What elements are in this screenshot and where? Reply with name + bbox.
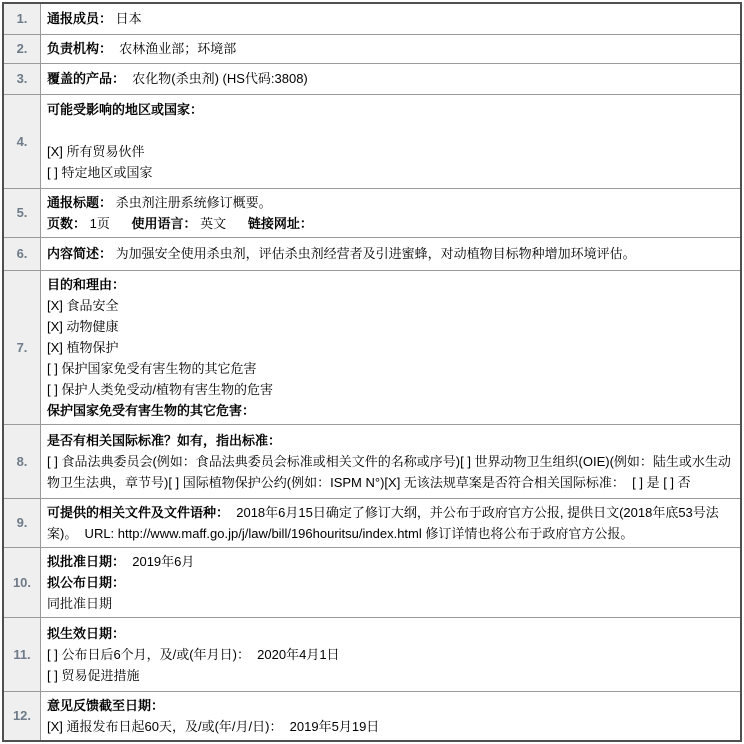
field-label: 保护国家免受有害生物的其它危害：: [47, 403, 255, 418]
field-label: 拟公布日期：: [47, 575, 125, 590]
checkbox-option: [ ] 保护国家免受有害生物的其它危害: [47, 358, 734, 379]
field-value: 2019年6月: [125, 554, 194, 569]
text-line: 是否有相关国际标准？如有，指出标准：: [47, 430, 734, 451]
row-number: 8.: [3, 424, 41, 498]
field-value: [X] 所有贸易伙伴: [47, 144, 145, 159]
field-value: 日本: [112, 11, 142, 26]
row-content: 内容简述： 为加强安全使用杀虫剂，评估杀虫剂经营者及引进蜜蜂，对动植物目标物种增…: [41, 237, 742, 270]
field-label: 通报标题：: [47, 195, 112, 210]
field-label: 内容简述：: [47, 246, 112, 261]
row-number: 10.: [3, 547, 41, 617]
checkbox-option: [ ] 特定地区或国家: [47, 162, 734, 183]
checkbox-option: [X] 通报发布日起60天，及/或(年/月/日)： 2019年5月19日: [47, 716, 734, 737]
field-value: 1页: [86, 216, 132, 231]
row-content: 拟生效日期：[ ] 公布日后6个月，及/或(年月日)： 2020年4月1日[ ]…: [41, 617, 742, 691]
field-label: 页数：: [47, 216, 86, 231]
table-row: 9.可提供的相关文件及文件语种： 2018年6月15日确定了修订大纲，并公布于政…: [3, 498, 741, 547]
text-line: 页数： 1页 使用语言： 英文 链接网址：: [47, 213, 734, 234]
table-row: 11.拟生效日期：[ ] 公布日后6个月，及/或(年月日)： 2020年4月1日…: [3, 617, 741, 691]
row-content: 可能受影响的地区或国家： [X] 所有贸易伙伴[ ] 特定地区或国家: [41, 94, 742, 188]
blank-line: [47, 120, 734, 141]
row-content: 意见反馈截至日期：[X] 通报发布日起60天，及/或(年/月/日)： 2019年…: [41, 691, 742, 741]
text-line: 拟生效日期：: [47, 623, 734, 644]
row-number: 5.: [3, 188, 41, 237]
text-line: 保护国家免受有害生物的其它危害：: [47, 400, 734, 421]
table-row: 4.可能受影响的地区或国家： [X] 所有贸易伙伴[ ] 特定地区或国家: [3, 94, 741, 188]
field-value: [X] 通报发布日起60天，及/或(年/月/日)： 2019年5月19日: [47, 719, 379, 734]
field-label: 可能受影响的地区或国家：: [47, 102, 203, 117]
checkbox-option: [ ] 公布日后6个月，及/或(年月日)： 2020年4月1日: [47, 644, 734, 665]
field-label: 目的和理由：: [47, 277, 125, 292]
checkbox-option: [ ] 贸易促进措施: [47, 665, 734, 686]
text-line: 目的和理由：: [47, 274, 734, 295]
text-line: 可提供的相关文件及文件语种： 2018年6月15日确定了修订大纲，并公布于政府官…: [47, 502, 734, 544]
text-line: 覆盖的产品： 农化物(杀虫剂) (HS代码:3808): [47, 68, 734, 89]
row-content: 负责机构： 农林渔业部；环境部: [41, 34, 742, 63]
text-line: 拟公布日期：: [47, 572, 734, 593]
field-value: [ ] 特定地区或国家: [47, 165, 152, 180]
row-number: 3.: [3, 63, 41, 94]
text-line: 拟批准日期： 2019年6月: [47, 551, 734, 572]
notification-table: 1.通报成员： 日本2.负责机构： 农林渔业部；环境部3.覆盖的产品： 农化物(…: [2, 2, 742, 742]
field-label: 拟生效日期：: [47, 626, 125, 641]
checkbox-option: [X] 食品安全: [47, 295, 734, 316]
row-content: 是否有相关国际标准？如有，指出标准：[ ] 食品法典委员会(例如：食品法典委员会…: [41, 424, 742, 498]
field-value: [ ] 保护国家免受有害生物的其它危害: [47, 361, 256, 376]
field-value: 杀虫剂注册系统修订概要。: [112, 195, 272, 210]
text-line: 内容简述： 为加强安全使用杀虫剂，评估杀虫剂经营者及引进蜜蜂，对动植物目标物种增…: [47, 243, 734, 264]
field-value: [X] 动物健康: [47, 319, 119, 334]
field-value: [ ] 公布日后6个月，及/或(年月日)： 2020年4月1日: [47, 647, 340, 662]
table-row: 12.意见反馈截至日期：[X] 通报发布日起60天，及/或(年/月/日)： 20…: [3, 691, 741, 741]
field-label: 通报成员：: [47, 11, 112, 26]
field-value: 英文: [197, 216, 248, 231]
table-row: 8.是否有相关国际标准？如有，指出标准：[ ] 食品法典委员会(例如：食品法典委…: [3, 424, 741, 498]
table-body: 1.通报成员： 日本2.负责机构： 农林渔业部；环境部3.覆盖的产品： 农化物(…: [3, 3, 741, 741]
row-content: 通报成员： 日本: [41, 3, 742, 34]
text-line: 同批准日期: [47, 593, 734, 614]
field-value: 农林渔业部；环境部: [112, 41, 236, 56]
field-label: 使用语言：: [132, 216, 197, 231]
field-value: 为加强安全使用杀虫剂，评估杀虫剂经营者及引进蜜蜂，对动植物目标物种增加环境评估。: [112, 246, 636, 261]
checkbox-option: [ ] 保护人类免受动/植物有害生物的危害: [47, 379, 734, 400]
field-value: [ ] 食品法典委员会(例如：食品法典委员会标准或相关文件的名称或序号)[ ] …: [47, 454, 731, 490]
checkbox-option: [X] 植物保护: [47, 337, 734, 358]
table-row: 3.覆盖的产品： 农化物(杀虫剂) (HS代码:3808): [3, 63, 741, 94]
field-label: 意见反馈截至日期：: [47, 698, 164, 713]
field-label: 是否有相关国际标准？如有，指出标准：: [47, 433, 281, 448]
row-content: 覆盖的产品： 农化物(杀虫剂) (HS代码:3808): [41, 63, 742, 94]
checkbox-option: [ ] 食品法典委员会(例如：食品法典委员会标准或相关文件的名称或序号)[ ] …: [47, 451, 734, 493]
field-value: 农化物(杀虫剂) (HS代码:3808): [125, 71, 308, 86]
table-row: 6.内容简述： 为加强安全使用杀虫剂，评估杀虫剂经营者及引进蜜蜂，对动植物目标物…: [3, 237, 741, 270]
field-value: [X] 植物保护: [47, 340, 119, 355]
table-row: 7.目的和理由：[X] 食品安全[X] 动物健康[X] 植物保护[ ] 保护国家…: [3, 270, 741, 424]
table-row: 10.拟批准日期： 2019年6月拟公布日期：同批准日期: [3, 547, 741, 617]
field-value: [X] 食品安全: [47, 298, 119, 313]
table-row: 2.负责机构： 农林渔业部；环境部: [3, 34, 741, 63]
field-label: 拟批准日期：: [47, 554, 125, 569]
checkbox-option: [X] 所有贸易伙伴: [47, 141, 734, 162]
checkbox-option: [X] 动物健康: [47, 316, 734, 337]
field-value: 同批准日期: [47, 596, 112, 611]
field-label: 链接网址：: [248, 216, 313, 231]
row-number: 1.: [3, 3, 41, 34]
table-row: 5.通报标题： 杀虫剂注册系统修订概要。页数： 1页 使用语言： 英文 链接网址…: [3, 188, 741, 237]
field-label: 覆盖的产品：: [47, 71, 125, 86]
text-line: 通报标题： 杀虫剂注册系统修订概要。: [47, 192, 734, 213]
row-number: 4.: [3, 94, 41, 188]
row-content: 通报标题： 杀虫剂注册系统修订概要。页数： 1页 使用语言： 英文 链接网址：: [41, 188, 742, 237]
row-content: 目的和理由：[X] 食品安全[X] 动物健康[X] 植物保护[ ] 保护国家免受…: [41, 270, 742, 424]
table-row: 1.通报成员： 日本: [3, 3, 741, 34]
field-label: 负责机构：: [47, 41, 112, 56]
text-line: 负责机构： 农林渔业部；环境部: [47, 38, 734, 59]
row-number: 7.: [3, 270, 41, 424]
row-number: 9.: [3, 498, 41, 547]
field-value: [ ] 贸易促进措施: [47, 668, 139, 683]
field-label: 可提供的相关文件及文件语种：: [47, 505, 229, 520]
row-number: 6.: [3, 237, 41, 270]
row-content: 可提供的相关文件及文件语种： 2018年6月15日确定了修订大纲，并公布于政府官…: [41, 498, 742, 547]
row-content: 拟批准日期： 2019年6月拟公布日期：同批准日期: [41, 547, 742, 617]
text-line: 意见反馈截至日期：: [47, 695, 734, 716]
text-line: 可能受影响的地区或国家：: [47, 99, 734, 120]
row-number: 12.: [3, 691, 41, 741]
field-value: [ ] 保护人类免受动/植物有害生物的危害: [47, 382, 273, 397]
text-line: 通报成员： 日本: [47, 8, 734, 29]
row-number: 11.: [3, 617, 41, 691]
row-number: 2.: [3, 34, 41, 63]
